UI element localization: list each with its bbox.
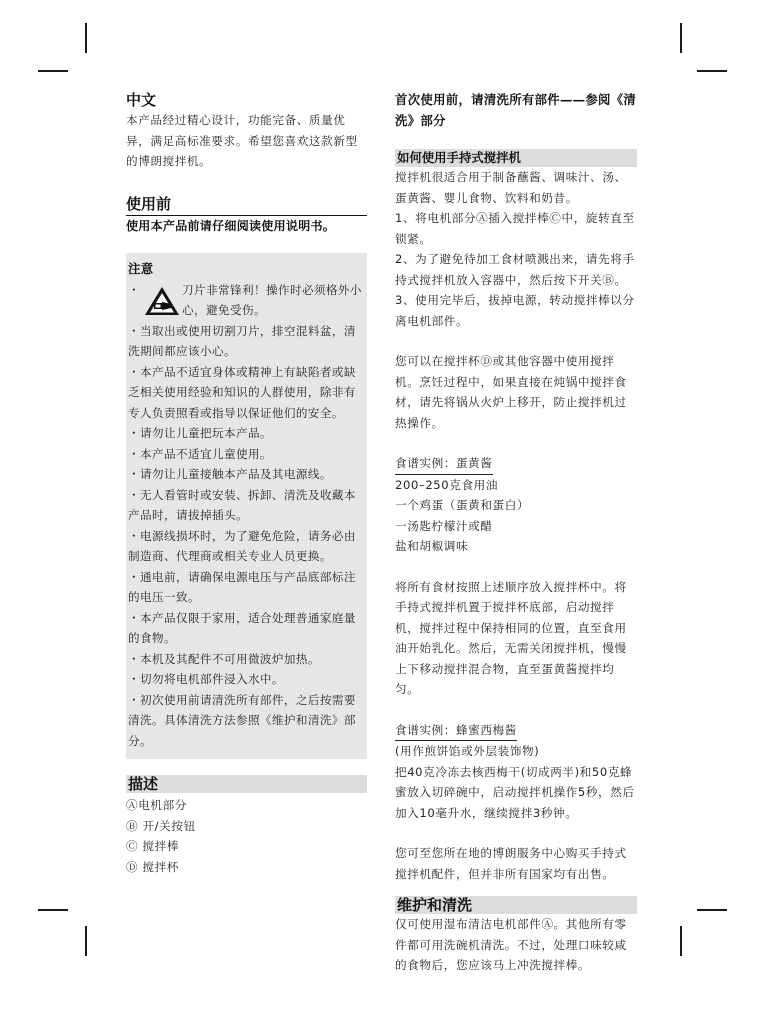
caution-item: ・无人看管时或安装、拆卸、清洗及收藏本产品时，请拔掉插头。 [128, 485, 364, 526]
crop-mark-bottom-right-h [697, 909, 727, 911]
intro-body: 本产品经过精心设计，功能完备、质量优异，满足高标准要求。希望您喜欢这款新型的博朗… [126, 110, 367, 172]
blade-warning-text: 刀片非常锋利！操作时必须格外小心，避免受伤。 [182, 280, 364, 321]
intro-section: 中文 本产品经过精心设计，功能完备、质量优异，满足高标准要求。希望您喜欢这款新型… [126, 90, 367, 172]
first-use-note: 首次使用前，请清洗所有部件——参阅《清洗》部分 [395, 90, 637, 131]
caution-item: ・当取出或使用切割刀片，排空混料盆，清洗期间都应该小心。 [128, 321, 364, 362]
description-item-a: Ⓐ电机部分 [126, 795, 367, 816]
recipe-mayonnaise-method: 将所有食材按照上述顺序放入搅拌杯中。将手持式搅拌机置于搅拌杯底部，启动搅拌机，搅… [395, 577, 637, 700]
blade-warning: ・ 刀片非常锋利！操作时必须格外小心，避免受伤。 [128, 280, 364, 321]
recipe-mayonnaise: 食谱实例：蛋黄酱 200–250克食用油 一个鸡蛋（蛋黄和蛋白） 一汤匙柠檬汁或… [395, 453, 637, 700]
recipe-mayonnaise-title: 食谱实例：蛋黄酱 [395, 453, 493, 475]
caution-item: ・请勿让儿童把玩本产品。 [128, 423, 364, 444]
description-section: 描述 Ⓐ电机部分 Ⓑ 开/关按钮 Ⓒ 搅拌棒 Ⓓ 搅拌杯 [126, 775, 367, 877]
crop-mark-bottom-left-h [38, 909, 68, 911]
caution-item: ・初次使用前请清洗所有部件，之后按需要清洗。具体清洗方法参照《维护和清洗》部分。 [128, 690, 364, 752]
before-use-title: 使用前 [126, 194, 367, 216]
how-to-section: 如何使用手持式搅拌机 搅拌机很适合用于制备蘸酱、调味汁、汤、蛋黄酱、婴儿食物、饮… [395, 149, 637, 433]
cleaning-section: 维护和清洗 仅可使用湿布清洁电机部件Ⓐ。其他所有零件都可用洗碗机清洗。不过，处理… [395, 896, 637, 976]
before-use-section: 使用前 使用本产品前请仔细阅读使用说明书。 [126, 194, 367, 237]
blade-warning-icon [144, 286, 180, 316]
how-to-intro: 搅拌机很适合用于制备蘸酱、调味汁、汤、蛋黄酱、婴儿食物、饮料和奶昔。 [395, 167, 637, 208]
ingredient: 200–250克食用油 [395, 475, 637, 496]
accessories-note: 您可至您所在地的博朗服务中心购买手持式搅拌机配件，但并非所有国家均有出售。 [395, 843, 637, 884]
caution-item: ・本产品仅限于家用，适合处理普通家庭量的食物。 [128, 608, 364, 649]
before-use-body: 使用本产品前请仔细阅读使用说明书。 [126, 216, 367, 237]
recipe-prune-subtitle: (用作煎饼馅或外层装饰物) [395, 741, 637, 762]
bullet: ・ [128, 280, 144, 301]
cleaning-body: 仅可使用湿布清洁电机部件Ⓐ。其他所有零件都可用洗碗机清洗。不过，处理口味较咸的食… [395, 914, 637, 976]
recipe-prune-method: 把40克冷冻去核西梅干(切成两半)和50克蜂蜜放入切碎碗中，启动搅拌机操作5秒，… [395, 762, 637, 824]
ingredient: 一汤匙柠檬汁或醋 [395, 516, 637, 537]
caution-item: ・通电前，请确保电源电压与产品底部标注的电压一致。 [128, 567, 364, 608]
cleaning-title: 维护和清洗 [395, 896, 637, 914]
crop-mark-top-left-h [38, 70, 68, 72]
description-title: 描述 [126, 775, 367, 793]
caution-item: ・本机及其配件不可用微波炉加热。 [128, 649, 364, 670]
recipe-prune: 食谱实例：蜂蜜西梅酱 (用作煎饼馅或外层装饰物) 把40克冷冻去核西梅干(切成两… [395, 720, 637, 824]
caution-item: ・电源线损坏时，为了避免危险，请务必由制造商、代理商或相关专业人员更换。 [128, 526, 364, 567]
caution-item: ・本产品不适宜儿童使用。 [128, 444, 364, 465]
crop-mark-top-right-h [697, 70, 727, 72]
caution-item: ・请勿让儿童接触本产品及其电源线。 [128, 464, 364, 485]
crop-mark-bottom-left-v [85, 926, 87, 956]
description-item-b: Ⓑ 开/关按钮 [126, 816, 367, 837]
how-to-title: 如何使用手持式搅拌机 [395, 149, 637, 167]
caution-item: ・本产品不适宜身体或精神上有缺陷者或缺乏相关使用经验和知识的人群使用，除非有专人… [128, 362, 364, 424]
intro-title: 中文 [126, 90, 367, 110]
ingredient: 一个鸡蛋（蛋黄和蛋白） [395, 495, 637, 516]
how-to-step-3: 3、使用完毕后，拔掉电源，转动搅拌棒以分离电机部件。 [395, 290, 637, 331]
recipe-prune-title: 食谱实例：蜂蜜西梅酱 [395, 720, 517, 742]
caution-box: 注意 ・ 刀片非常锋利！操作时必须格外小心，避免受伤。 ・当取出或使用切割刀片，… [126, 253, 367, 759]
ingredient: 盐和胡椒调味 [395, 536, 637, 557]
crop-mark-top-right-v [680, 23, 682, 53]
how-to-step-1: 1、将电机部分Ⓐ插入搅拌棒Ⓒ中，旋转直至锁紧。 [395, 208, 637, 249]
how-to-step-2: 2、为了避免待加工食材喷溅出来，请先将手持式搅拌机放入容器中，然后按下开关Ⓑ。 [395, 249, 637, 290]
caution-item: ・切勿将电机部件浸入水中。 [128, 669, 364, 690]
how-to-note: 您可以在搅拌杯Ⓓ或其他容器中使用搅拌机。烹饪过程中，如果直接在炖锅中搅拌食材，请… [395, 351, 637, 433]
description-item-c: Ⓒ 搅拌棒 [126, 836, 367, 857]
crop-mark-bottom-right-v [680, 926, 682, 956]
description-item-d: Ⓓ 搅拌杯 [126, 857, 367, 878]
caution-title: 注意 [128, 259, 364, 280]
crop-mark-top-left-v [85, 23, 87, 53]
right-column: 首次使用前，请清洗所有部件——参阅《清洗》部分 如何使用手持式搅拌机 搅拌机很适… [395, 90, 637, 976]
left-column: 中文 本产品经过精心设计，功能完备、质量优异，满足高标准要求。希望您喜欢这款新型… [126, 90, 367, 877]
